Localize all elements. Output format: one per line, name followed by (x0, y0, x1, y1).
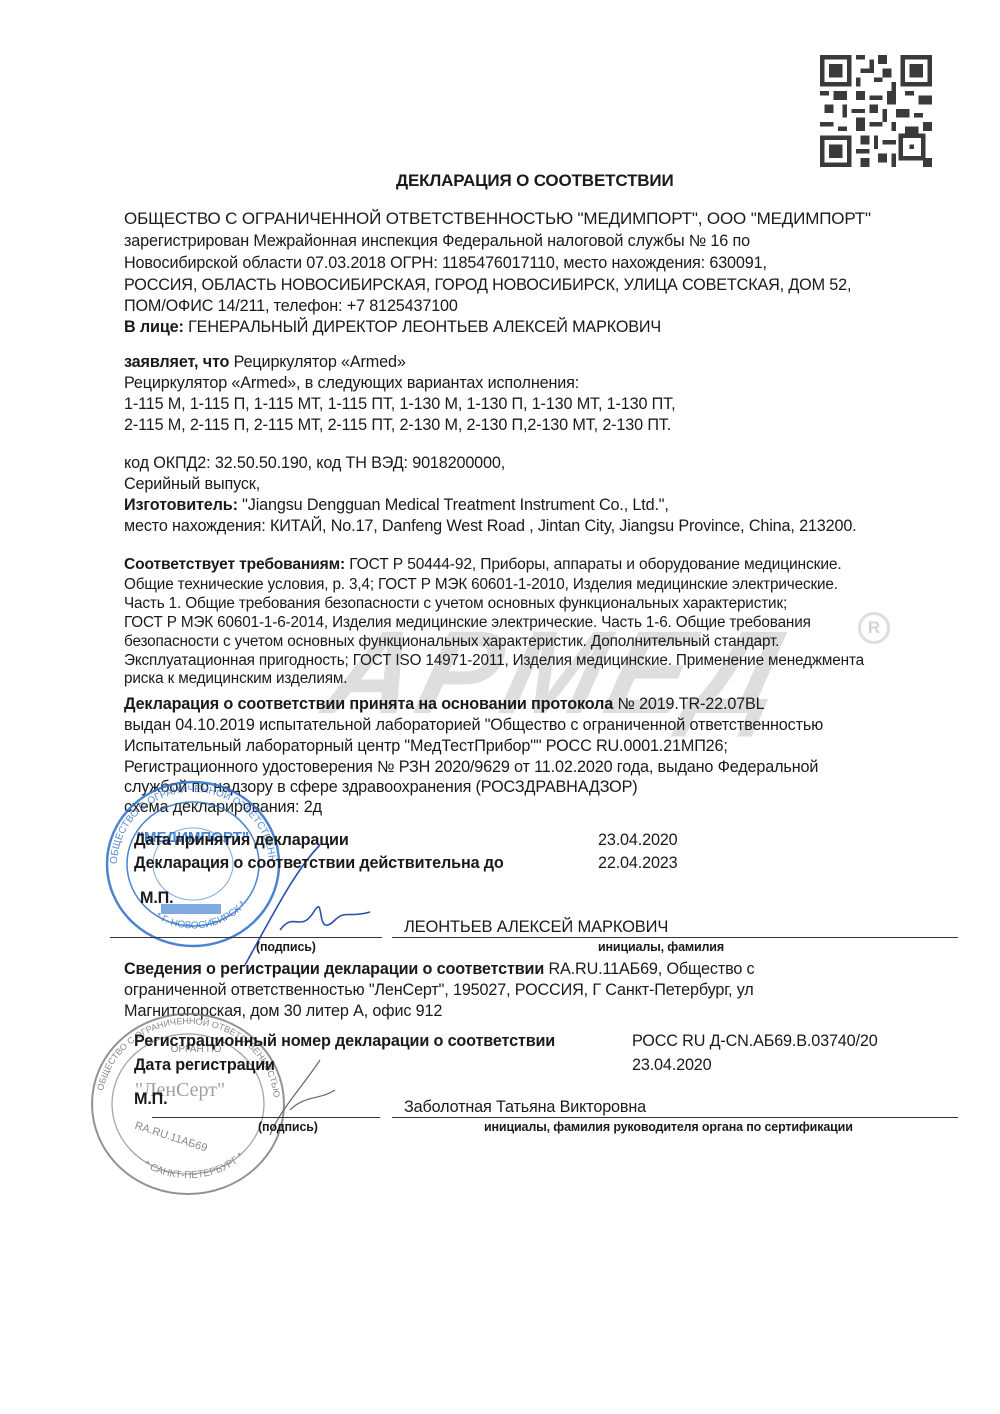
requirements-line-5: Эксплуатационная пригодность; ГОСТ ISO 1… (124, 651, 864, 671)
name-caption-2: инициалы, фамилия руководителя органа по… (484, 1117, 853, 1137)
basis-value: № 2019.TR-22.07BL (613, 695, 764, 713)
basis-line-3: Регистрационного удостоверения № РЗН 202… (124, 757, 818, 777)
basis-line-2: Испытательный лабораторный центр "МедТес… (124, 736, 728, 756)
manufacturer-value: "Jiangsu Dengguan Medical Treatment Inst… (238, 496, 669, 514)
registration-date-value: 23.04.2020 (632, 1055, 712, 1075)
manufacturer-label: Изготовитель: (124, 496, 238, 514)
document-title: ДЕКЛАРАЦИЯ О СООТВЕТСТВИИ (396, 171, 674, 191)
registration-date-label: Дата регистрации (134, 1055, 275, 1075)
declares-label: заявляет, что (124, 353, 229, 371)
registration-number-value: РОСС RU Д-CN.АБ69.В.03740/20 (632, 1031, 878, 1051)
seal-place-label-2: М.П. (134, 1089, 168, 1109)
registration-line-1: ограниченной ответственностью "ЛенСерт",… (124, 980, 754, 1000)
registration-label: Сведения о регистрации декларации о соот… (124, 960, 544, 978)
applicant-registration-cont: Новосибирской области 07.03.2018 ОГРН: 1… (124, 253, 767, 273)
applicant-name: ОБЩЕСТВО С ОГРАНИЧЕННОЙ ОТВЕТСТВЕННОСТЬЮ… (124, 209, 871, 229)
applicant-address-cont: ПОМ/ОФИС 14/211, телефон: +7 8125437100 (124, 296, 458, 316)
signatory-name: ЛЕОНТЬЕВ АЛЕКСЕЙ МАРКОВИЧ (404, 917, 668, 937)
basis: Декларация о соответствии принята на осн… (124, 694, 765, 714)
registration-number-label: Регистрационный номер декларации о соотв… (134, 1031, 555, 1051)
requirements-label: Соответствует требованиям: (124, 556, 345, 573)
valid-until-label: Декларация о соответствии действительна … (134, 853, 504, 873)
valid-until-value: 22.04.2023 (598, 853, 678, 873)
product-variants-1: 1-115 М, 1-115 П, 1-115 МТ, 1-115 ПТ, 1-… (124, 394, 675, 414)
manufacturer-location: место нахождения: КИТАЙ, No.17, Danfeng … (124, 516, 857, 536)
seal-place-label: М.П. (140, 888, 174, 908)
manufacturer: Изготовитель: "Jiangsu Dengguan Medical … (124, 495, 669, 515)
represented-label: В лице: (124, 318, 184, 336)
applicant-address: РОССИЯ, ОБЛАСТЬ НОВОСИБИРСКАЯ, ГОРОД НОВ… (124, 275, 851, 295)
registration-value: RA.RU.11АБ69, Общество с (544, 960, 754, 978)
registration-info: Сведения о регистрации декларации о соот… (124, 959, 755, 979)
requirements-line-2: Часть 1. Общие требования безопасности с… (124, 594, 787, 614)
requirements: Соответствует требованиям: ГОСТ Р 50444-… (124, 555, 842, 575)
certification-head-name: Заболотная Татьяна Викторовна (404, 1097, 646, 1117)
requirements-line-4: безопасности с учетом основных функциона… (124, 632, 779, 652)
applicant-registration: зарегистрирован Межрайонная инспекция Фе… (124, 231, 750, 251)
serial-production: Серийный выпуск, (124, 474, 260, 494)
product-description: Рециркулятор «Armed», в следующих вариан… (124, 373, 579, 393)
declares: заявляет, что Рециркулятор «Armed» (124, 352, 406, 372)
basis-line-1: выдан 04.10.2019 испытательной лаборатор… (124, 715, 823, 735)
signature-caption-2: (подпись) (258, 1117, 318, 1137)
name-caption: инициалы, фамилия (598, 937, 724, 957)
signature-caption: (подпись) (256, 937, 316, 957)
date-accepted-value: 23.04.2020 (598, 830, 678, 850)
date-accepted-label: Дата принятия декларации (134, 830, 349, 850)
product-variants-2: 2-115 М, 2-115 П, 2-115 МТ, 2-115 ПТ, 2-… (124, 415, 671, 435)
svg-text:* САНКТ-ПЕТЕРБУРГ *: * САНКТ-ПЕТЕРБУРГ * (142, 1151, 246, 1181)
requirements-first: ГОСТ Р 50444-92, Приборы, аппараты и обо… (345, 556, 842, 573)
represented-value: ГЕНЕРАЛЬНЫЙ ДИРЕКТОР ЛЕОНТЬЕВ АЛЕКСЕЙ МА… (184, 318, 661, 336)
product-codes: код ОКПД2: 32.50.50.190, код ТН ВЭД: 901… (124, 453, 505, 473)
watermark-registered-icon: R (858, 612, 890, 644)
svg-text:RA.RU.11АБ69: RA.RU.11АБ69 (133, 1120, 209, 1155)
signature-line (110, 937, 382, 938)
basis-label: Декларация о соответствии принята на осн… (124, 695, 613, 713)
declares-value: Рециркулятор «Armed» (229, 353, 405, 371)
requirements-line-1: Общие технические условия, р. 3,4; ГОСТ … (124, 575, 838, 595)
represented-by: В лице: ГЕНЕРАЛЬНЫЙ ДИРЕКТОР ЛЕОНТЬЕВ АЛ… (124, 317, 661, 337)
requirements-line-3: ГОСТ Р МЭК 60601-1-6-2014, Изделия медиц… (124, 613, 811, 633)
qr-code-icon (820, 55, 932, 167)
requirements-line-6: риска к медицинским изделиям. (124, 669, 347, 689)
